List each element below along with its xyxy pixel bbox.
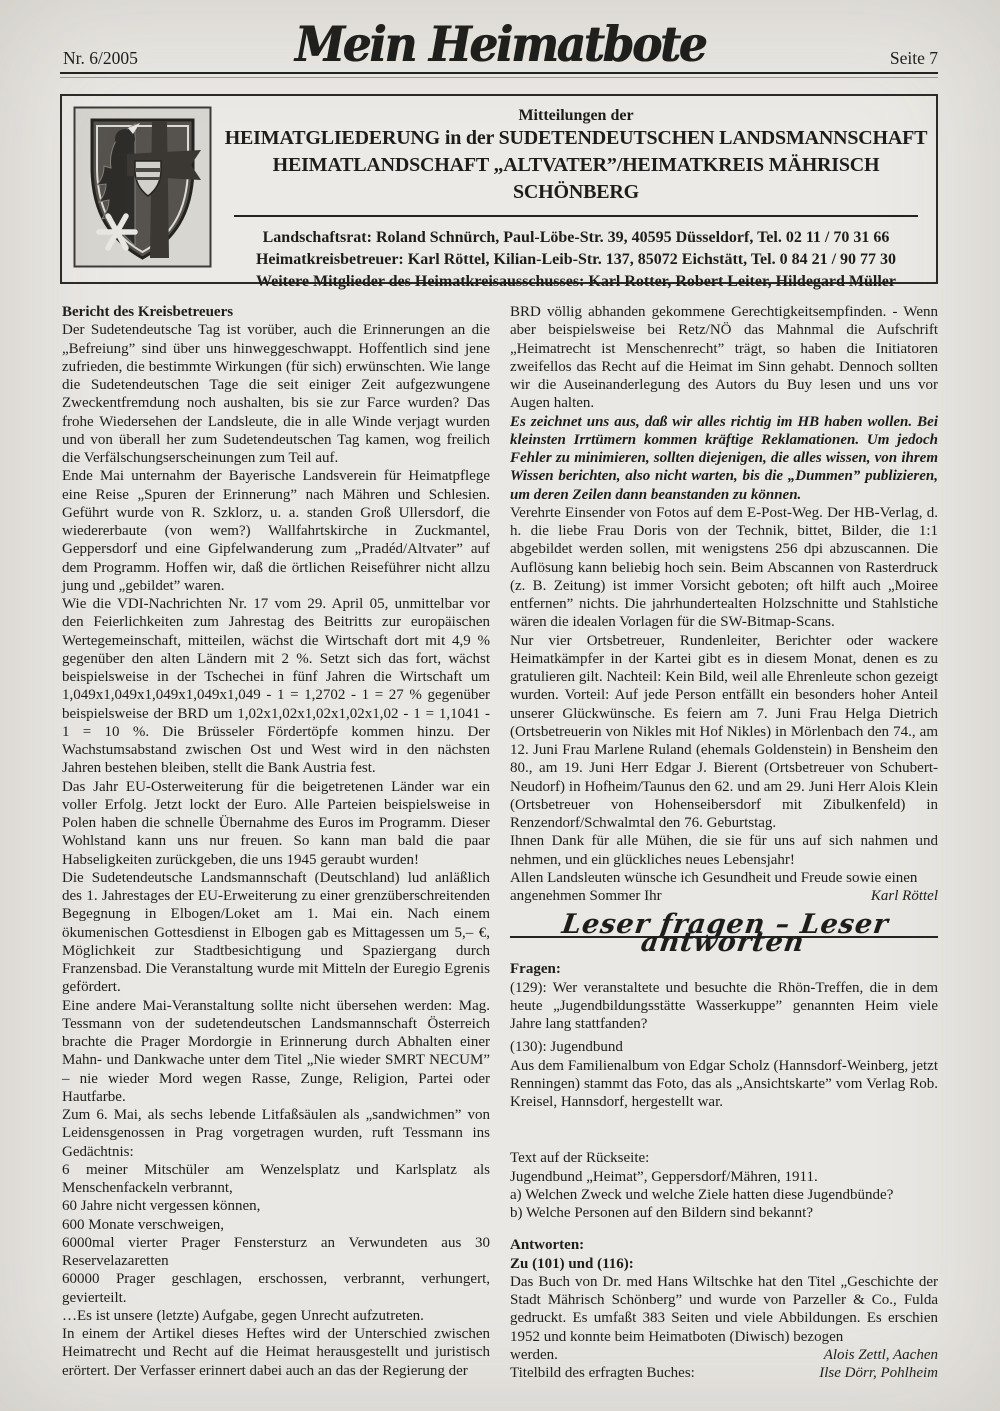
paragraph: Die Sudetendeutsche Landsmannschaft (Deu…: [62, 869, 490, 997]
section-heading-leser-fragen: Leser fragen – Leser antworten: [510, 916, 938, 952]
back-question-a: a) Welchen Zweck und welche Ziele hatten…: [510, 1186, 938, 1204]
box-title-line1: HEIMATGLIEDERUNG in der SUDETENDEUTSCHEN…: [222, 125, 930, 152]
header-rule-shadow: [60, 77, 938, 78]
back-side-label: Text auf der Rückseite:: [510, 1149, 938, 1167]
heimatkreis-crest-icon: [73, 106, 212, 268]
antworten-label: Antworten:: [510, 1236, 938, 1254]
paragraph: Verehrte Einsender von Fotos auf dem E-P…: [510, 504, 938, 632]
back-side-caption: Jugendbund „Heimat”, Geppersdorf/Mähren,…: [510, 1168, 938, 1186]
signature-alois-zettl: Alois Zettl, Aachen: [824, 1346, 938, 1364]
fragen-label: Fragen:: [510, 960, 938, 978]
newspaper-page: Nr. 6/2005 Mein Heimatbote Seite 7: [0, 0, 1000, 1411]
paragraph: Das Jahr EU-Osterweiterung für die beige…: [62, 778, 490, 869]
paragraph: Der Sudetendeutsche Tag ist vorüber, auc…: [62, 321, 490, 467]
paragraph: BRD völlig abhanden gekommene Gerechtigk…: [510, 303, 938, 413]
memorial-line: 6 meiner Mitschüler am Wenzelsplatz und …: [62, 1161, 490, 1198]
box-kicker: Mitteilungen der: [222, 107, 930, 125]
memorial-line: …Es ist unsere (letzte) Aufgabe, gegen U…: [62, 1307, 490, 1325]
answer-body: Das Buch von Dr. med Hans Wiltschke hat …: [510, 1273, 938, 1346]
memorial-line: 60 Jahre nicht vergessen können,: [62, 1197, 490, 1215]
paragraph: Ihnen Dank für alle Mühen, die sie für u…: [510, 832, 938, 869]
info-box-text: Mitteilungen der HEIMATGLIEDERUNG in der…: [222, 100, 930, 278]
masthead-title: Mein Heimatbote: [0, 16, 1000, 73]
closing-line: Allen Landsleuten wünsche ich Gesundheit…: [510, 869, 938, 887]
header-rule: [60, 72, 938, 74]
paragraph: Eine andere Mai-Veranstaltung sollte nic…: [62, 997, 490, 1107]
answer-signature-row: werden. Alois Zettl, Aachen: [510, 1346, 938, 1364]
section-heading-text: Leser fragen – Leser antworten: [507, 916, 940, 953]
signature-karl-roettel: Karl Röttel: [871, 887, 938, 905]
contact-landschaftsrat: Landschaftsrat: Roland Schnürch, Paul-Lö…: [222, 227, 930, 249]
contact-heimatkreisbetreuer: Heimatkreisbetreuer: Karl Röttel, Kilian…: [222, 249, 930, 271]
paragraph: Wie die VDI-Nachrichten Nr. 17 vom 29. A…: [62, 595, 490, 778]
info-box: Mitteilungen der HEIMATGLIEDERUNG in der…: [60, 94, 938, 284]
paragraph: In einem der Artikel dieses Heftes wird …: [62, 1325, 490, 1380]
contact-weitere-mitglieder: Weitere Mitglieder des Heimatkreisaussch…: [222, 271, 930, 293]
titelbild-label: Titelbild des erfragten Buches:: [510, 1364, 695, 1382]
article-heading: Bericht des Kreisbetreuers: [62, 303, 490, 321]
box-divider: [234, 215, 918, 217]
answer-tail: werden.: [510, 1346, 558, 1364]
editor-note-paragraph: Es zeichnet uns aus, daß wir alles richt…: [510, 413, 938, 504]
right-column: BRD völlig abhanden gekommene Gerechtigk…: [510, 303, 938, 1382]
closing-text: angenehmen Sommer Ihr: [510, 887, 662, 905]
question-129: (129): Wer veranstaltete und besuchte di…: [510, 979, 938, 1034]
closing-signature-row: angenehmen Sommer Ihr Karl Röttel: [510, 887, 938, 905]
signature-ilse-doerr: Ilse Dörr, Pohlheim: [819, 1364, 938, 1382]
question-130-head: (130): Jugendbund: [510, 1038, 938, 1056]
memorial-line: 60000 Prager geschlagen, erschossen, ver…: [62, 1270, 490, 1307]
box-title-line2: HEIMATLANDSCHAFT „ALTVATER”/HEIMATKREIS …: [222, 152, 930, 206]
question-130-body: Aus dem Familienalbum von Edgar Scholz (…: [510, 1057, 938, 1112]
answer-reference-label: Zu (101) und (116):: [510, 1255, 938, 1273]
page-number: Seite 7: [890, 48, 938, 69]
left-column: Bericht des Kreisbetreuers Der Sudetende…: [62, 303, 490, 1380]
back-question-b: b) Welche Personen auf den Bildern sind …: [510, 1204, 938, 1222]
paragraph: Ende Mai unternahm der Bayerische Landsv…: [62, 467, 490, 595]
paragraph: Zum 6. Mai, als sechs lebende Litfaßsäul…: [62, 1106, 490, 1161]
titelbild-row: Titelbild des erfragten Buches: Ilse Dör…: [510, 1364, 938, 1382]
memorial-line: 6000mal vierter Prager Fenstersturz an V…: [62, 1234, 490, 1271]
memorial-line: 600 Monate verschweigen,: [62, 1216, 490, 1234]
birthday-paragraph: Nur vier Ortsbetreuer, Rundenleiter, Ber…: [510, 632, 938, 833]
